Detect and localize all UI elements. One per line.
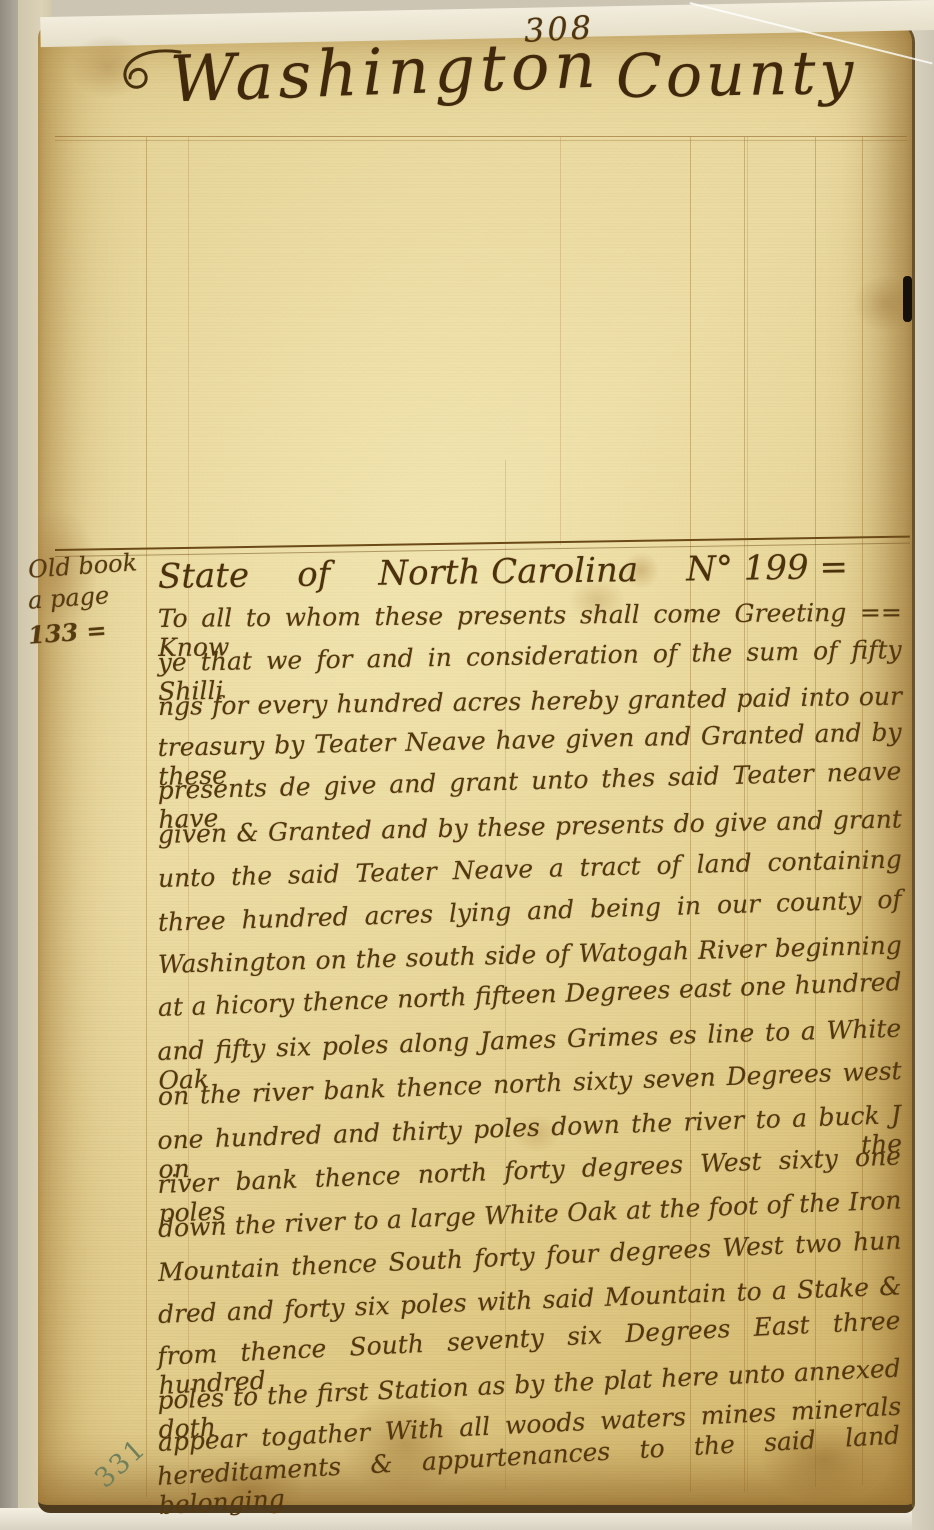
ink-blotch (903, 276, 912, 322)
ruled-line-top-echo (55, 140, 907, 141)
header-county-word: County (615, 38, 858, 112)
scan-background-right (912, 0, 934, 1530)
ruled-line-top (55, 136, 907, 137)
header-county-name: Washington (169, 29, 602, 118)
heading-of: of (297, 554, 331, 594)
margin-rule-vertical (146, 137, 147, 1497)
margin-note-line: 133 = (27, 615, 107, 649)
heading-name: North Carolina (378, 550, 638, 594)
heading-grant-number: N° 199 = (686, 547, 848, 589)
ruled-line-vertical (560, 137, 561, 545)
heading-state: State (158, 556, 250, 597)
margin-note-line: a page (27, 581, 110, 615)
